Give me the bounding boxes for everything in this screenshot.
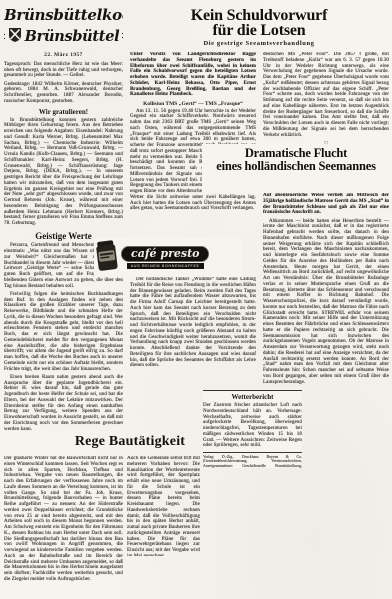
- ad-tagline: AUS REINEM BOHNENKAFFEE: [127, 263, 204, 269]
- congrats-text: In Brunsbüttelkoog konnten gestern zahlr…: [4, 118, 123, 227]
- construction-headline-text: Rege Bautätigkeit: [75, 434, 185, 449]
- escape-article-headline: Dramatische Flucht eines holländischen S…: [202, 144, 390, 193]
- ad-brand: café presto: [121, 246, 209, 262]
- case-heading: Kollision TMS „Gerti“ — TMS „Frasque“: [130, 101, 256, 107]
- weather-top-rule: [203, 390, 302, 391]
- masthead-title-line2: Brünsbüttel: [25, 30, 120, 45]
- main-article-column-b: deutschen MS „Peter Foor“. Die 2857 t gr…: [263, 52, 389, 144]
- main-article-lead: Unter Vorsitz von Landgerichtsdirektor B…: [130, 52, 256, 98]
- construction-headline: Rege Bautätigkeit: [24, 434, 236, 451]
- construction-column-a: Der glasharte Winter hat die Bauwirtscha…: [4, 456, 123, 595]
- main-headline-line1: Kein Schuldvorwurf: [128, 8, 390, 23]
- masthead-title-row: Brünsbüttel: [4, 27, 123, 48]
- construction-text-b: Auch die Gemeinde selbst tritt mit mehre…: [127, 456, 200, 556]
- main-headline-line2: für die Lotsen: [128, 23, 390, 38]
- ad-text-block: café presto AUS REINEM BOHNENKAFFEE: [121, 246, 209, 270]
- construction-column-b: Auch die Gemeinde selbst tritt mit mehre…: [127, 456, 200, 556]
- main-article-headline: Kein Schuldvorwurf für die Lotsen Die ge…: [128, 8, 390, 50]
- escape-article-body: Auf abenteuerliche Weise verließ am Mitt…: [263, 193, 389, 390]
- values-paragraph-3: Einen breiten Raum nahm gestern abend au…: [4, 375, 123, 432]
- left-column: Brünsbüttelkoog Brünsbüttel 22. Mär: [4, 6, 123, 432]
- coat-of-arms-icon: [8, 27, 22, 48]
- flourish-right-icon: [122, 28, 123, 46]
- newspaper-page: Brünsbüttelkoog Brünsbüttel 22. Mär: [0, 0, 392, 599]
- daily-motto: Tagesspruch: Das menschliche Herz ist wi…: [4, 62, 123, 79]
- main-article-subtitle: Die gestrige Seeamtsverhandlung: [128, 40, 390, 47]
- memorial-days: Gedenktage: 1842 Wilhelm Körner, deutsch…: [4, 82, 123, 105]
- construction-text-a: Der glasharte Winter hat die Bauwirtscha…: [4, 456, 123, 583]
- imprint-text: Verlag: D.-Ztg., Druckhaus Boyens & Co. …: [203, 455, 302, 469]
- escape-article-lead: Auf abenteuerliche Weise verließ am Mitt…: [263, 193, 389, 216]
- weather-section: Wetterbericht Der Zustrom frischer atlan…: [203, 390, 302, 468]
- main-article-text-cont: Der holländische Tanker „Wümme“ hatte ei…: [130, 277, 256, 369]
- imprint-rule: [203, 452, 302, 453]
- masthead-title-line1: Brünsbüttelkoog: [4, 8, 123, 24]
- escape-headline-line1: Dramatische Flucht: [202, 147, 390, 160]
- escape-article-text: Abkommen — beide hatten eine Heuerliste …: [263, 219, 389, 386]
- flourish-left-icon: [4, 28, 5, 46]
- escape-headline-line2: eines holländischen Seemannes: [202, 160, 390, 173]
- coffee-tin-icon: [94, 238, 120, 276]
- coffee-advertisement: café presto AUS REINEM BOHNENKAFFEE: [94, 238, 241, 277]
- main-article-text-b: deutschen MS „Peter Foor“. Die 2857 t gr…: [263, 52, 389, 138]
- masthead: Brünsbüttelkoog Brünsbüttel 22. Mär: [4, 8, 123, 58]
- values-paragraph-2: Freiwillig folgen die heimischen Buchhan…: [4, 292, 123, 373]
- main-article-continuation: Der holländische Tanker „Wümme“ hatte ei…: [130, 277, 256, 389]
- weather-heading: Wetterbericht: [203, 393, 302, 401]
- issue-date: 22. März 1957: [4, 52, 123, 58]
- congrats-heading: Wir gratulieren!: [4, 108, 123, 116]
